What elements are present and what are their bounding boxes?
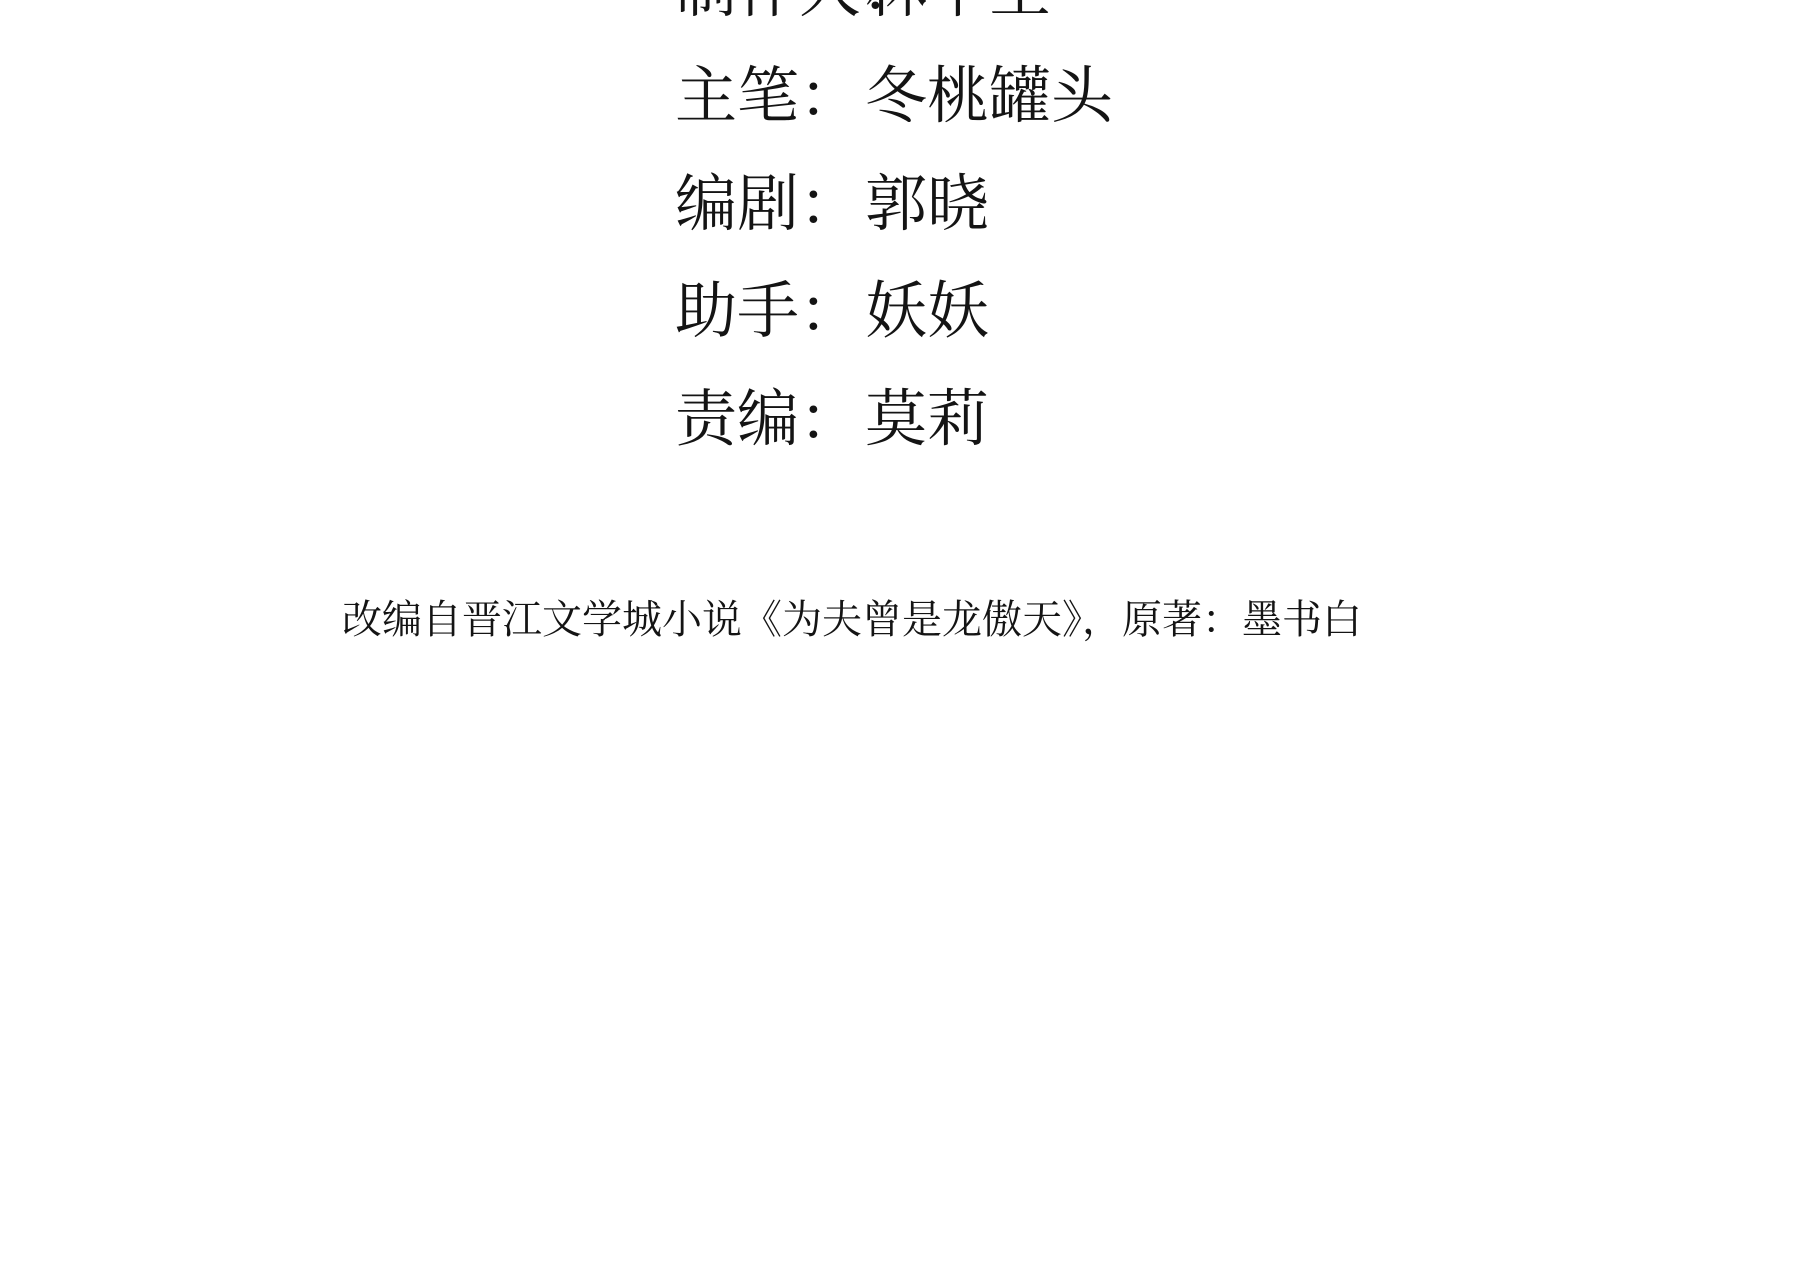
- credit-row-producer: 制作人：林华王: [675, 0, 1051, 22]
- credit-label: 助手：: [675, 279, 865, 343]
- credit-row-assistant: 助手：妖妖: [675, 279, 989, 343]
- credit-value: 冬桃罐头: [865, 64, 1113, 128]
- credit-row-editor: 责编：莫莉: [675, 387, 989, 451]
- credit-value: 郭晓: [865, 172, 989, 236]
- credit-value: 林华王: [865, 0, 1051, 22]
- credit-label: 责编：: [675, 387, 865, 451]
- credit-value: 妖妖: [865, 279, 989, 343]
- credits-page: 制作人：林华王 主笔：冬桃罐头 编剧：郭晓 助手：妖妖 责编：莫莉 改编自晋江文…: [0, 0, 1800, 1280]
- credit-value: 莫莉: [865, 387, 989, 451]
- credit-label: 主笔：: [675, 64, 865, 128]
- credit-row-lead-artist: 主笔：冬桃罐头: [675, 64, 1113, 128]
- credit-label: 编剧：: [675, 172, 865, 236]
- credit-row-screenwriter: 编剧：郭晓: [675, 172, 989, 236]
- credit-label: 制作人：: [675, 0, 865, 22]
- adaptation-source-note: 改编自晋江文学城小说《为夫曾是龙傲天》，原著：墨书白: [342, 598, 1452, 642]
